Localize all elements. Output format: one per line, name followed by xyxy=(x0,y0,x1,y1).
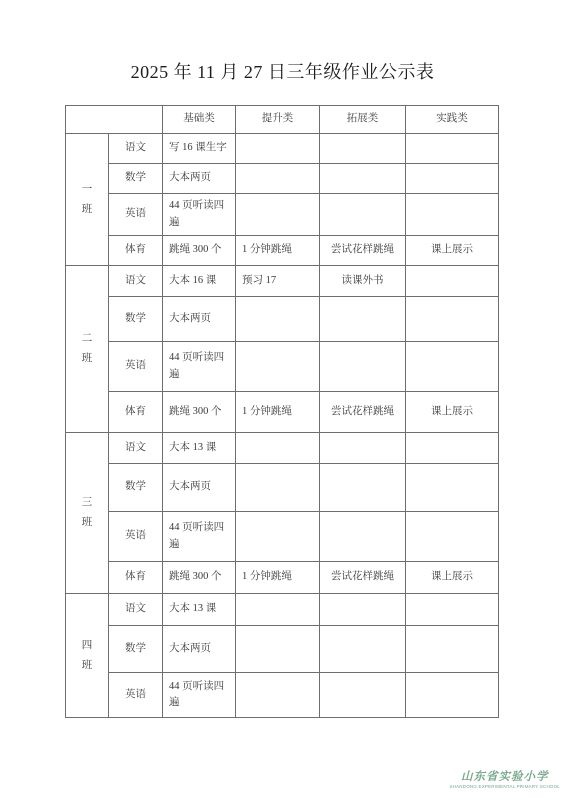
subject-cell: 英语 xyxy=(109,512,163,562)
col-header-practice: 实践类 xyxy=(406,106,499,134)
cell-practice: 课上展示 xyxy=(406,392,499,433)
cell-basic: 大本两页 xyxy=(163,164,236,194)
table-row: 英语 44 页听读四遍 xyxy=(66,194,499,236)
cell-practice xyxy=(406,673,499,718)
class-label-cell: 一班 xyxy=(66,134,109,266)
homework-table: 基础类 提升类 拓展类 实践类 一班 语文 写 16 课生字 数学 大本两页 英… xyxy=(65,105,499,718)
cell-basic: 大本两页 xyxy=(163,626,236,673)
subject-cell: 体育 xyxy=(109,236,163,266)
table-row: 体育 跳绳 300 个 1 分钟跳绳 尝试花样跳绳 课上展示 xyxy=(66,392,499,433)
cell-expand xyxy=(320,594,406,626)
cell-expand xyxy=(320,164,406,194)
school-watermark: 山东省实验小学 SHANDONG EXPERIMENTAL PRIMARY SC… xyxy=(449,771,560,790)
cell-improve xyxy=(236,594,320,626)
class-label-cell: 二班 xyxy=(66,266,109,433)
cell-expand xyxy=(320,512,406,562)
col-header-improve: 提升类 xyxy=(236,106,320,134)
cell-expand xyxy=(320,464,406,512)
table-row: 英语 44 页听读四遍 xyxy=(66,673,499,718)
cell-practice xyxy=(406,164,499,194)
cell-improve xyxy=(236,164,320,194)
cell-practice: 课上展示 xyxy=(406,236,499,266)
table-row: 数学 大本两页 xyxy=(66,626,499,673)
class-label: 一班 xyxy=(82,180,93,220)
table-row: 数学 大本两页 xyxy=(66,164,499,194)
cell-basic: 跳绳 300 个 xyxy=(163,562,236,594)
cell-basic: 44 页听读四遍 xyxy=(163,673,236,718)
cell-basic: 跳绳 300 个 xyxy=(163,236,236,266)
subject-cell: 体育 xyxy=(109,562,163,594)
cell-expand: 尝试花样跳绳 xyxy=(320,392,406,433)
table-row: 英语 44 页听读四遍 xyxy=(66,342,499,392)
cell-expand: 读课外书 xyxy=(320,266,406,297)
cell-improve xyxy=(236,626,320,673)
cell-practice xyxy=(406,594,499,626)
subject-cell: 英语 xyxy=(109,194,163,236)
cell-basic: 跳绳 300 个 xyxy=(163,392,236,433)
table-row: 数学 大本两页 xyxy=(66,464,499,512)
cell-expand xyxy=(320,134,406,164)
cell-improve xyxy=(236,512,320,562)
cell-basic: 44 页听读四遍 xyxy=(163,342,236,392)
subject-cell: 语文 xyxy=(109,433,163,464)
table-row: 数学 大本两页 xyxy=(66,297,499,342)
cell-expand xyxy=(320,342,406,392)
subject-cell: 数学 xyxy=(109,464,163,512)
cell-basic: 44 页听读四遍 xyxy=(163,512,236,562)
col-header-basic: 基础类 xyxy=(163,106,236,134)
cell-practice xyxy=(406,433,499,464)
subject-cell: 语文 xyxy=(109,266,163,297)
cell-expand: 尝试花样跳绳 xyxy=(320,562,406,594)
cell-improve: 1 分钟跳绳 xyxy=(236,236,320,266)
subject-cell: 体育 xyxy=(109,392,163,433)
class-label: 四班 xyxy=(82,636,93,676)
cell-improve xyxy=(236,464,320,512)
table-row: 四班 语文 大本 13 课 xyxy=(66,594,499,626)
cell-improve xyxy=(236,342,320,392)
cell-practice xyxy=(406,464,499,512)
cell-improve: 预习 17 xyxy=(236,266,320,297)
subject-cell: 英语 xyxy=(109,342,163,392)
cell-expand xyxy=(320,297,406,342)
subject-cell: 英语 xyxy=(109,673,163,718)
cell-basic: 大本 13 课 xyxy=(163,433,236,464)
cell-expand xyxy=(320,673,406,718)
cell-expand: 尝试花样跳绳 xyxy=(320,236,406,266)
cell-improve xyxy=(236,673,320,718)
subject-cell: 数学 xyxy=(109,297,163,342)
class-label: 二班 xyxy=(82,329,93,369)
cell-improve xyxy=(236,194,320,236)
table-row: 英语 44 页听读四遍 xyxy=(66,512,499,562)
cell-practice xyxy=(406,342,499,392)
cell-improve xyxy=(236,433,320,464)
cell-improve: 1 分钟跳绳 xyxy=(236,392,320,433)
cell-basic: 大本 16 课 xyxy=(163,266,236,297)
cell-practice xyxy=(406,134,499,164)
table-row: 三班 语文 大本 13 课 xyxy=(66,433,499,464)
col-header-expand: 拓展类 xyxy=(320,106,406,134)
header-row: 基础类 提升类 拓展类 实践类 xyxy=(66,106,499,134)
class-label-cell: 四班 xyxy=(66,594,109,718)
cell-expand xyxy=(320,433,406,464)
subject-cell: 语文 xyxy=(109,134,163,164)
cell-basic: 大本两页 xyxy=(163,297,236,342)
subject-cell: 数学 xyxy=(109,626,163,673)
school-name-en: SHANDONG EXPERIMENTAL PRIMARY SCHOOL xyxy=(449,785,560,790)
cell-expand xyxy=(320,194,406,236)
subject-cell: 数学 xyxy=(109,164,163,194)
cell-expand xyxy=(320,626,406,673)
cell-practice xyxy=(406,194,499,236)
cell-basic: 大本 13 课 xyxy=(163,594,236,626)
class-label: 三班 xyxy=(82,493,93,533)
table-row: 二班 语文 大本 16 课 预习 17 读课外书 xyxy=(66,266,499,297)
table-row: 体育 跳绳 300 个 1 分钟跳绳 尝试花样跳绳 课上展示 xyxy=(66,562,499,594)
table-row: 体育 跳绳 300 个 1 分钟跳绳 尝试花样跳绳 课上展示 xyxy=(66,236,499,266)
school-name-cn: 山东省实验小学 xyxy=(449,771,560,784)
class-label-cell: 三班 xyxy=(66,433,109,594)
cell-practice: 课上展示 xyxy=(406,562,499,594)
cell-improve: 1 分钟跳绳 xyxy=(236,562,320,594)
cell-practice xyxy=(406,626,499,673)
cell-basic: 44 页听读四遍 xyxy=(163,194,236,236)
cell-improve xyxy=(236,134,320,164)
cell-basic: 大本两页 xyxy=(163,464,236,512)
page-title: 2025 年 11 月 27 日三年级作业公示表 xyxy=(0,58,565,84)
cell-practice xyxy=(406,266,499,297)
subject-cell: 语文 xyxy=(109,594,163,626)
cell-practice xyxy=(406,512,499,562)
cell-basic: 写 16 课生字 xyxy=(163,134,236,164)
cell-improve xyxy=(236,297,320,342)
corner-cell xyxy=(66,106,163,134)
table-row: 一班 语文 写 16 课生字 xyxy=(66,134,499,164)
cell-practice xyxy=(406,297,499,342)
